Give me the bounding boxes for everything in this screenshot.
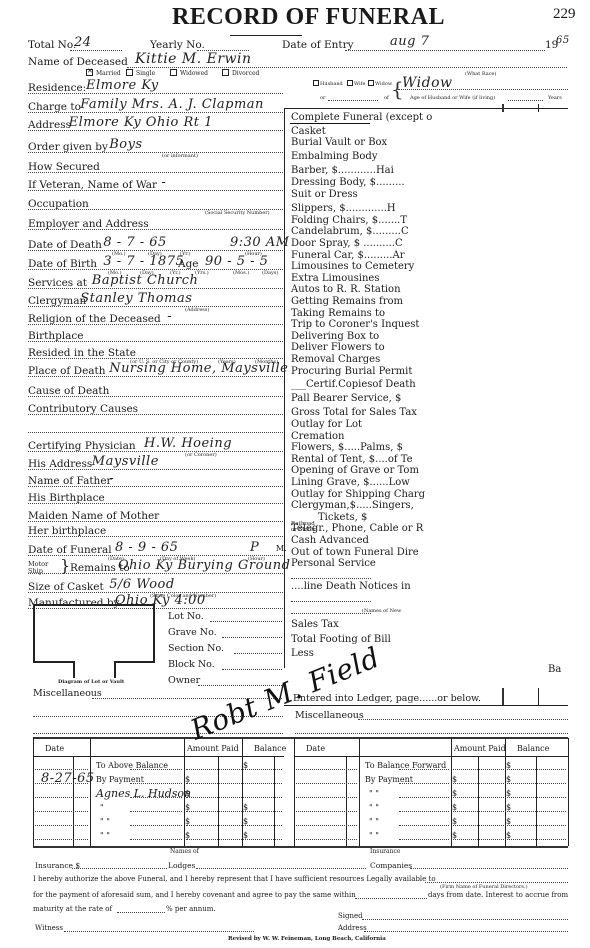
charge-item: Tickets, $ (318, 513, 367, 523)
ledger-amount[interactable]: $ (452, 803, 457, 812)
charge-item: Cremation (291, 432, 344, 442)
charge_to-label: Charge to (28, 102, 81, 113)
ledger-amount[interactable]: $ (452, 789, 457, 798)
spouse-widow[interactable]: Widow (368, 80, 392, 87)
checkbox-wife[interactable] (347, 80, 353, 86)
charge-item: ....line Death Notices in (291, 582, 411, 592)
ledger-desc: " (100, 803, 104, 812)
residence-value[interactable]: Elmore Ky (86, 79, 159, 92)
his_address-value[interactable]: Maysville (92, 455, 159, 468)
companies-label-top: Insurance (370, 849, 400, 855)
charge-item (291, 571, 371, 579)
ledger-header-date: Date (306, 744, 325, 753)
lot-diagram (33, 604, 155, 661)
ledger-desc: " " (369, 789, 379, 798)
ledger-balance[interactable]: $ (243, 831, 248, 840)
ledger-header-amount: Amount Paid (187, 744, 239, 753)
charge-item: Barber, $............Hai (291, 166, 394, 176)
charge-item: Slippers, $.............H (291, 204, 396, 214)
checkbox-widowed[interactable] (170, 69, 177, 76)
date_of_death-label: Date of Death (28, 240, 102, 251)
charges-box-left-border (284, 108, 285, 668)
name-of-deceased-value[interactable]: Kittie M. Erwin (135, 52, 252, 66)
ledger-balance[interactable]: $ (243, 803, 248, 812)
ledger-desc: To Balance Forward (365, 761, 446, 770)
spouse-or-label: or (320, 96, 325, 101)
date_of_funeral-label: Date of Funeral (28, 545, 112, 556)
charge-item: Outlay for Lot (291, 420, 362, 430)
date_of_death-value[interactable]: 8 - 7 - 65 (103, 236, 166, 249)
religion-label: Religion of the Deceased (28, 314, 161, 325)
revised-text: Revised by W. W. Feineman, Long Beach, C… (228, 937, 386, 943)
years-label: Years (548, 96, 562, 101)
days-text: days from date. Interest to accrue from (428, 891, 568, 899)
order_given_by-value[interactable]: Boys (109, 138, 142, 151)
charge-item: Rental of Tent, $....of Te (291, 455, 413, 465)
charge-item: Less (291, 649, 314, 659)
ledger-date[interactable]: 8-27-65 (41, 772, 95, 785)
companies-label: Companies (370, 861, 412, 870)
address-value[interactable]: Elmore Ky Ohio Rt 1 (69, 116, 213, 129)
ledger-desc: By Payment (365, 775, 413, 784)
charge-item: Outlay for Shipping Charg (291, 490, 425, 500)
physician-label: Certifying Physician (28, 441, 136, 452)
ledger-amount[interactable]: $ (185, 789, 190, 798)
signed-label: Signed (338, 912, 363, 920)
year-value[interactable]: 65 (556, 36, 570, 46)
charge-item: Total Footing of Bill (291, 635, 391, 645)
ledger-amount[interactable]: $ (452, 817, 457, 826)
physician-value[interactable]: H.W. Hoeing (144, 437, 232, 450)
veteran-label: If Veteran, Name of War (28, 180, 157, 191)
date_of_birth-value[interactable]: 3 - 7 - 1875 (103, 255, 184, 268)
lodges-label: Lodges (168, 861, 195, 870)
misc-right-label: Miscellaneous (295, 711, 364, 721)
charge-item: Folding Chairs, $.......T (291, 216, 407, 226)
charge-item: Funeral Car, $.........Ar (291, 251, 404, 261)
checkbox-married[interactable] (86, 69, 93, 76)
lot-field-label: Grave No. (168, 628, 217, 638)
ledger-balance[interactable]: $ (506, 789, 511, 798)
casket_size-value[interactable]: 5/6 Wood (109, 578, 175, 591)
how_secured-label: How Secured (28, 162, 100, 173)
father-value[interactable]: - (109, 472, 114, 485)
charge-item: Limousines to Cemetery (291, 262, 414, 272)
date-of-entry-label: Date of Entry (282, 40, 354, 51)
ledger-amount[interactable]: $ (185, 803, 190, 812)
tickets-prefix: Railroador Motor (291, 522, 316, 533)
birthplace-label: Birthplace (28, 331, 84, 342)
casket_size-label: Size of Casket (28, 582, 104, 593)
charge-item: Ba (548, 665, 561, 675)
spouse-husband[interactable]: Husband (313, 80, 343, 87)
employer-label: Employer and Address (28, 219, 149, 230)
spouse-wife[interactable]: Wife (347, 80, 365, 87)
mother-label: Maiden Name of Mother (28, 511, 159, 522)
funeral-underline (290, 123, 370, 124)
checkbox-single[interactable] (126, 69, 133, 76)
ledger-balance[interactable]: $ (506, 803, 511, 812)
ledger-amount[interactable]: $ (452, 775, 457, 784)
date_of_birth-label: Date of Birth (28, 259, 97, 270)
lodges-label-top: Names of (170, 849, 199, 855)
status-widowed[interactable]: Widowed (170, 69, 208, 77)
resided-label: Resided in the State (28, 348, 136, 359)
place_of_death-label: Place of Death (28, 366, 106, 377)
charge-item (291, 594, 371, 602)
age-caption: Age of Husband or Wife (if living) (410, 96, 495, 101)
ledger-balance[interactable]: $ (506, 761, 511, 770)
status-divorced[interactable]: Divorced (222, 69, 259, 77)
charge_to-value[interactable]: Family Mrs. A. J. Clapman (80, 98, 264, 111)
ledger-desc: By Payment (96, 775, 144, 784)
ledger-balance[interactable]: $ (506, 775, 511, 784)
charge-item: Lining Grave, $......Low (291, 478, 410, 488)
page-title: RECORD OF FUNERAL (172, 4, 445, 31)
ledger-desc: " " (369, 803, 379, 812)
date_of_funeral-value[interactable]: 8 - 9 - 65 (115, 541, 178, 554)
services_at-label: Services at (28, 278, 87, 289)
date-of-entry-value[interactable]: aug 7 (390, 35, 429, 48)
status-single[interactable]: Single (126, 69, 155, 77)
charge-item: Getting Remains from (291, 297, 403, 307)
charge-item: Candelabrum, $.........C (291, 227, 409, 237)
ledger-header-balance: Balance (517, 744, 549, 753)
total-no-label: Total No. (28, 40, 76, 51)
payment-text: for the payment of aforesaid sum, and I … (33, 891, 356, 899)
charge-item: Delivering Box to (291, 332, 379, 342)
address-label: Address (338, 924, 367, 932)
lot-field-label: Owner (168, 676, 200, 686)
clergyman-label: Clergyman (28, 296, 86, 307)
residence-label: Residence: (28, 83, 86, 94)
ledger-header-balance: Balance (254, 744, 286, 753)
ledger-desc: " " (100, 831, 110, 840)
age-label: Age (178, 259, 199, 270)
charge-item: Extra Limousines (291, 274, 379, 284)
charge-item: Removal Charges (291, 355, 380, 365)
cause_of_death-label: Cause of Death (28, 386, 109, 397)
charge-item (291, 606, 371, 614)
yearly-no-label: Yearly No. (150, 40, 205, 51)
ledger-desc: " " (369, 817, 379, 826)
ledger-desc: Agnes L. Hudson (96, 787, 191, 800)
lot-field-label: Lot No. (168, 612, 204, 622)
charge-item: ___Certif.Copiesof Death (291, 380, 416, 390)
page-number: 229 (553, 6, 576, 23)
percent-text: % per annum. (166, 905, 216, 913)
spouse-of-label: of (384, 96, 389, 101)
lot-field-label: Section No. (168, 644, 224, 654)
age-value[interactable]: 90 - 5 - 5 (205, 255, 268, 268)
brace-icon: } (60, 558, 70, 574)
remains_to-value[interactable]: Ohio Ky Burying Ground (118, 559, 290, 572)
charge-item: Autos to R. R. Station (291, 285, 401, 295)
charge-item: Trip to Coroner's Inquest (291, 320, 419, 330)
ledger-desc: To Above Balance (96, 761, 168, 770)
services_at-value[interactable]: Baptist Church (92, 274, 199, 287)
charge-item: Embalming Body (291, 152, 377, 162)
charge-item: Door Spray, $ ..........C (291, 239, 403, 249)
maturity-text: maturity at the rate of (33, 905, 112, 913)
race-value[interactable]: Widow (402, 76, 453, 90)
ledger-desc: " " (369, 831, 379, 840)
authorize-text: I hereby authorize the above Funeral, an… (33, 875, 436, 883)
charge-item: Gross Total for Sales Tax (291, 408, 417, 418)
race-caption: (What Race) (465, 72, 496, 77)
ledger-header-date: Date (45, 744, 64, 753)
checkbox-husband[interactable] (313, 80, 319, 86)
ledger-balance[interactable]: $ (506, 817, 511, 826)
ledger-balance[interactable]: $ (243, 817, 248, 826)
date_of_death-hour[interactable]: 9:30 AM (230, 236, 290, 249)
ledger-amount[interactable]: $ (452, 831, 457, 840)
address-label: Address (28, 120, 71, 131)
charge-item: Flowers, $.....Palms, $ (291, 443, 403, 453)
title-underline (230, 35, 302, 36)
his_birthplace-label: His Birthplace (28, 493, 105, 504)
charge-item: Out of town Funeral Dire (291, 548, 419, 558)
charge-item: Complete Funeral (except o (291, 113, 432, 123)
ledger-amount[interactable]: $ (185, 817, 190, 826)
charge-item: Burial Vault or Box (291, 138, 387, 148)
date_of_funeral-hour[interactable]: P (250, 541, 259, 554)
lot-field-label: Block No. (168, 660, 215, 670)
charge-item: Taking Remains to (291, 309, 385, 319)
ledger-desc: " " (100, 817, 110, 826)
charge-item: Casket (291, 127, 326, 137)
charge-item: Personal Service (291, 559, 376, 569)
her_birthplace-label: Her birthplace (28, 526, 106, 537)
charge-item: Suit or Dress (291, 190, 358, 200)
ledger-balance[interactable]: $ (243, 761, 248, 770)
charge-item: Dressing Body, $......... (291, 178, 405, 188)
ledger-amount[interactable]: $ (185, 775, 190, 784)
charge-item: Deliver Flowers to (291, 343, 385, 353)
charges-box-top-border (284, 108, 568, 109)
father-label: Name of Father (28, 476, 112, 487)
charge-item: Procuring Burial Permit (291, 367, 412, 377)
place_of_death-value[interactable]: Nursing Home, Maysville (109, 362, 288, 375)
firm-caption: (Firm Name of Funeral Directors.) (440, 885, 528, 890)
ledger-amount[interactable]: $ (185, 831, 190, 840)
ledger-header-amount: Amount Paid (454, 744, 506, 753)
witness-label: Witness (35, 924, 63, 932)
order_given_by-label: Order given by (28, 142, 108, 153)
contributory-label: Contributory Causes (28, 404, 138, 415)
charge-item: Clergyman,$.....Singers, (291, 501, 414, 511)
diagram-caption: Diagram of Lot or Vault (58, 680, 124, 685)
status-married[interactable]: Married (86, 69, 121, 77)
ledger-balance[interactable]: $ (506, 831, 511, 840)
veteran-value[interactable]: - (161, 176, 166, 189)
total-no-value[interactable]: 24 (74, 36, 92, 49)
checkbox-divorced[interactable] (222, 69, 229, 76)
occupation-label: Occupation (28, 199, 89, 210)
name-of-deceased-label: Name of Deceased (28, 57, 128, 68)
his_address-label: His Address (28, 459, 92, 470)
religion-value[interactable]: - (167, 310, 172, 323)
charge-item: Sales Tax (291, 620, 339, 630)
clergyman-value[interactable]: Stanley Thomas (80, 292, 192, 305)
checkbox-widow[interactable] (368, 80, 374, 86)
charge-item: Pall Bearer Service, $ (291, 394, 401, 404)
charge-item: Opening of Grave or Tom (291, 466, 419, 476)
charge-item: Cash Advanced (291, 536, 369, 546)
